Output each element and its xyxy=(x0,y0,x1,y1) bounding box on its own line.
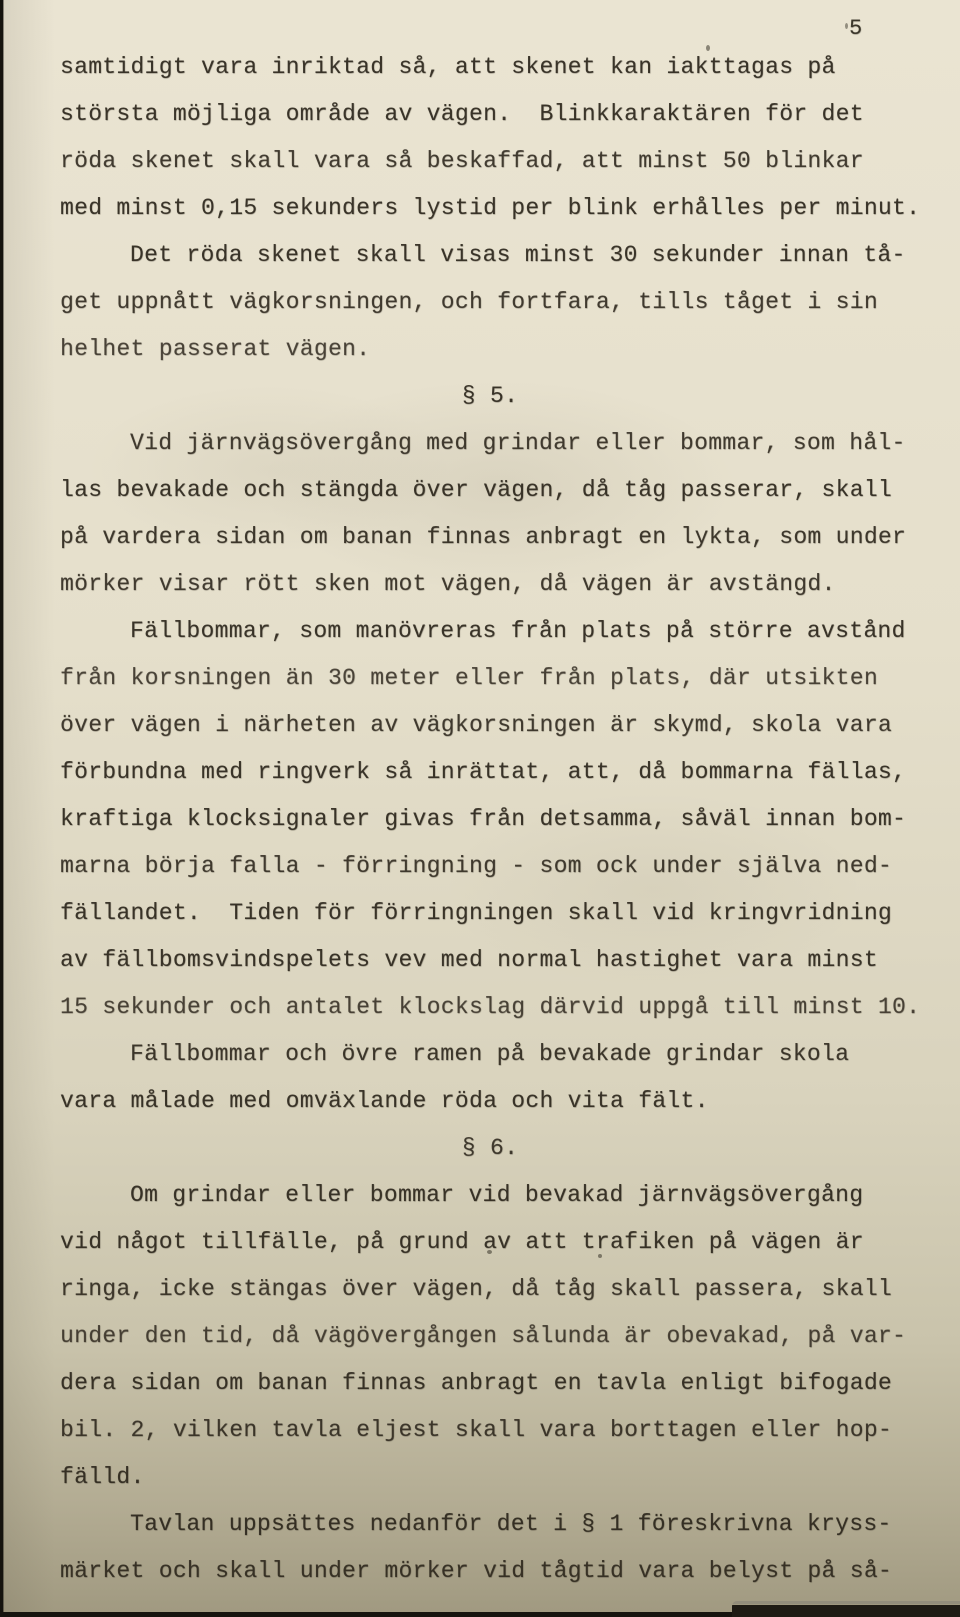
ink-speck xyxy=(706,45,710,51)
text-line: helhet passerat vägen. xyxy=(60,326,920,373)
text-line: av fällbomsvindspelets vev med normal ha… xyxy=(60,937,920,984)
text-line: Om grindar eller bommar vid bevakad järn… xyxy=(60,1172,920,1219)
ink-speck xyxy=(598,1254,602,1258)
text-line: kraftiga klocksignaler givas från detsam… xyxy=(60,796,920,843)
text-line: marna börja falla - förringning - som oc… xyxy=(60,843,920,890)
text-line: Tavlan uppsättes nedanför det i § 1 före… xyxy=(60,1501,920,1548)
scan-edge-bottom-right xyxy=(732,1601,960,1617)
ink-speck xyxy=(487,1250,492,1254)
page-number: 5 xyxy=(849,16,863,41)
text-line: las bevakade och stängda över vägen, då … xyxy=(60,467,920,514)
scan-edge-left xyxy=(0,0,4,1617)
text-line: Fällbommar och övre ramen på bevakade gr… xyxy=(60,1031,920,1078)
scanned-document-page: 5 samtidigt vara inriktad så, att skenet… xyxy=(0,0,960,1617)
text-line: märket och skall under mörker vid tågtid… xyxy=(60,1548,920,1595)
section-heading: § 6. xyxy=(60,1125,920,1172)
text-line: bil. 2, vilken tavla eljest skall vara b… xyxy=(60,1407,920,1454)
text-line: vid något tillfälle, på grund av att tra… xyxy=(60,1219,920,1266)
text-line: samtidigt vara inriktad så, att skenet k… xyxy=(60,44,920,91)
text-line: över vägen i närheten av vägkorsningen ä… xyxy=(60,702,920,749)
text-line: största möjliga område av vägen. Blinkka… xyxy=(60,91,920,138)
text-line: dera sidan om banan finnas anbragt en ta… xyxy=(60,1360,920,1407)
text-line: Fällbommar, som manövreras från plats på… xyxy=(60,608,920,655)
text-line: med minst 0,15 sekunders lystid per blin… xyxy=(60,185,920,232)
section-heading: § 5. xyxy=(60,373,920,420)
text-line: på vardera sidan om banan finnas anbragt… xyxy=(60,514,920,561)
text-line: ringa, icke stängas över vägen, då tåg s… xyxy=(60,1266,920,1313)
text-line: från korsningen än 30 meter eller från p… xyxy=(60,655,920,702)
text-line: mörker visar rött sken mot vägen, då väg… xyxy=(60,561,920,608)
text-line: fällandet. Tiden för förringningen skall… xyxy=(60,890,920,937)
text-line: 15 sekunder och antalet klockslag därvid… xyxy=(60,984,920,1031)
text-line: Det röda skenet skall visas minst 30 sek… xyxy=(60,232,920,279)
text-line: fälld. xyxy=(60,1454,920,1501)
text-line: röda skenet skall vara så beskaffad, att… xyxy=(60,138,920,185)
document-body: samtidigt vara inriktad så, att skenet k… xyxy=(60,44,920,1595)
text-line: under den tid, då vägövergången sålunda … xyxy=(60,1313,920,1360)
text-line: Vid järnvägsövergång med grindar eller b… xyxy=(60,420,920,467)
text-line: förbundna med ringverk så inrättat, att,… xyxy=(60,749,920,796)
text-line: get uppnått vägkorsningen, och fortfara,… xyxy=(60,279,920,326)
ink-speck xyxy=(845,23,848,29)
text-line: vara målade med omväxlande röda och vita… xyxy=(60,1078,920,1125)
